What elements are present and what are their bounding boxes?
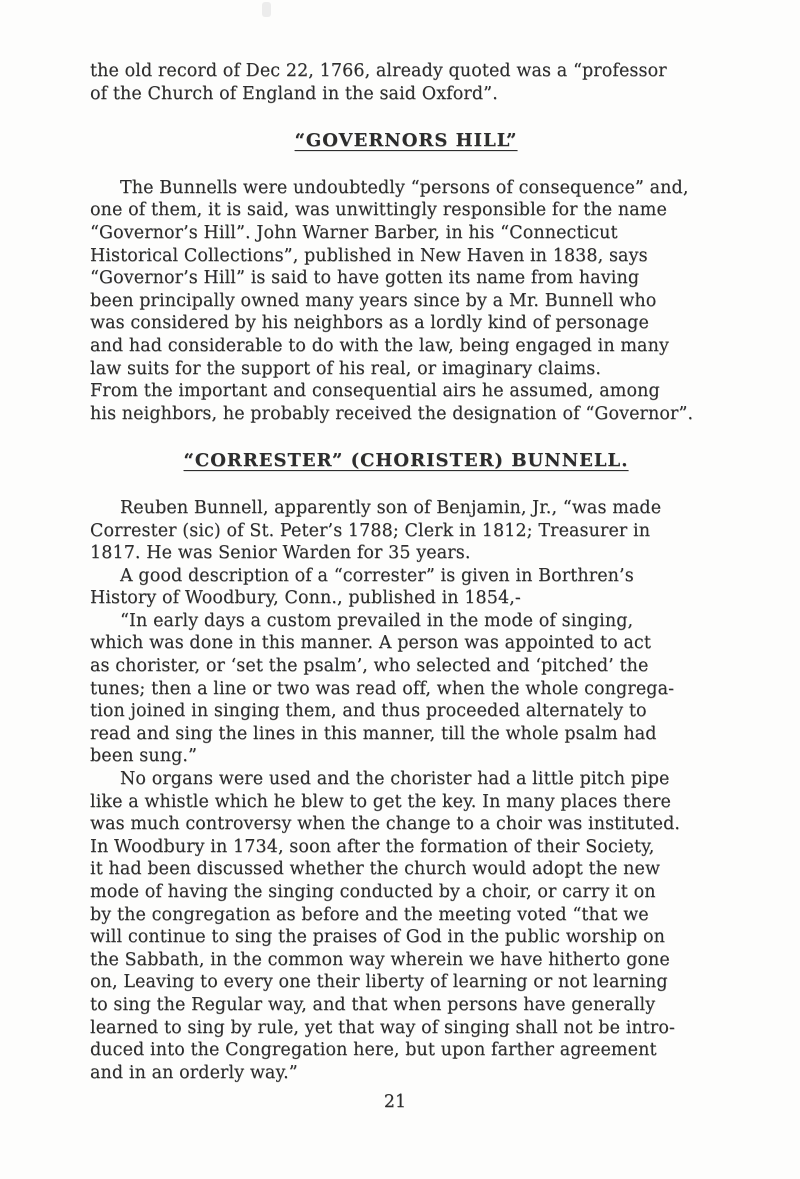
paragraph-reuben-bunnell: Reuben Bunnell, apparently son of Benjam… xyxy=(90,497,722,565)
paragraph-bunnells-governors-hill: The Bunnells were undoubtedly “persons o… xyxy=(90,177,722,426)
page-number: 21 xyxy=(0,1092,790,1112)
intro-paragraph-continuation: the old record of Dec 22, 1766, already … xyxy=(90,60,722,105)
paragraph-early-days-singing-quote: “In early days a custom prevailed in the… xyxy=(90,610,722,768)
scanned-book-page: the old record of Dec 22, 1766, already … xyxy=(0,0,800,1179)
paragraph-correster-description-source: A good description of a “correster” is g… xyxy=(90,565,722,610)
paragraph-no-organs-choir-controversy: No organs were used and the chorister ha… xyxy=(90,768,722,1084)
section-heading-correster-bunnell: “CORRESTER” (CHORISTER) BUNNELL. xyxy=(90,450,722,473)
page-text-column: the old record of Dec 22, 1766, already … xyxy=(90,60,722,1084)
scan-artifact-smudge xyxy=(262,2,271,17)
section-heading-governors-hill: “GOVERNORS HILL” xyxy=(90,130,722,153)
